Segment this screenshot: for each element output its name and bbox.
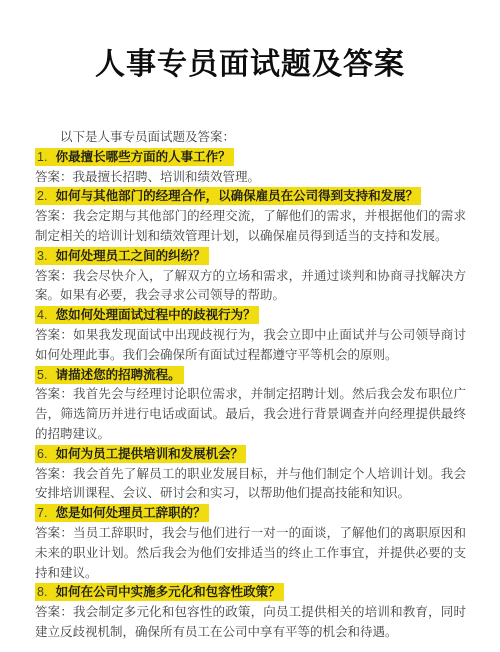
question-text: 您如何处理面试过程中的歧视行为？ — [56, 308, 256, 322]
qa-item-8: 8.如何在公司中实施多元化和包容性政策？ 答案：我会制定多元化和包容性的政策，向… — [35, 583, 466, 642]
question-text: 如何在公司中实施多元化和包容性政策？ — [56, 585, 281, 599]
highlighted-question: 6.如何为员工提供培训和发展机会？ — [35, 445, 246, 463]
question-text: 你最擅长哪些方面的人事工作？ — [56, 150, 231, 164]
answer-text: 答案：我会首先了解员工的职业发展目标，并与他们制定个人培训计划。我会安排培训课程… — [35, 465, 466, 505]
question-text: 如何为员工提供培训和发展机会？ — [56, 447, 244, 461]
question-text: 如何与其他部门的经理合作，以确保雇员在公司得到支持和发展？ — [56, 189, 419, 203]
question-number: 8. — [37, 585, 47, 599]
highlighted-question: 2.如何与其他部门的经理合作，以确保雇员在公司得到支持和发展？ — [35, 187, 421, 205]
question-line: 7.您是如何处理员工辞职的？ — [35, 504, 466, 524]
question-line: 5.请描述您的招聘流程。 — [35, 366, 466, 386]
qa-item-2: 2.如何与其他部门的经理合作，以确保雇员在公司得到支持和发展？ 答案：我会定期与… — [35, 187, 466, 246]
question-number: 5. — [37, 368, 47, 382]
question-line: 1.你最擅长哪些方面的人事工作？ — [35, 148, 466, 168]
qa-item-3: 3.如何处理员工之间的纠纷？ 答案：我会尽快介入，了解双方的立场和需求，并通过谈… — [35, 247, 466, 306]
answer-text: 答案：我会尽快介入，了解双方的立场和需求，并通过谈判和协商寻找解决方案。如果有必… — [35, 267, 466, 307]
question-text: 如何处理员工之间的纠纷？ — [56, 249, 206, 263]
question-number: 7. — [37, 506, 47, 520]
qa-item-5: 5.请描述您的招聘流程。 答案：我首先会与经理讨论职位需求，并制定招聘计划。然后… — [35, 366, 466, 445]
question-number: 2. — [37, 189, 47, 203]
question-text: 请描述您的招聘流程。 — [56, 368, 181, 382]
highlighted-question: 5.请描述您的招聘流程。 — [35, 366, 184, 384]
answer-text: 答案：我会制定多元化和包容性的政策，向员工提供相关的培训和教育，同时建立反歧视机… — [35, 603, 466, 643]
highlighted-question: 7.您是如何处理员工辞职的？ — [35, 504, 209, 522]
qa-item-1: 1.你最擅长哪些方面的人事工作？ 答案：我最擅长招聘、培训和绩效管理。 — [35, 148, 466, 188]
answer-text: 答案：我会定期与其他部门的经理交流，了解他们的需求，并根据他们的需求制定相关的培… — [35, 207, 466, 247]
question-number: 1. — [37, 150, 47, 164]
question-text: 您是如何处理员工辞职的？ — [56, 506, 206, 520]
highlighted-question: 8.如何在公司中实施多元化和包容性政策？ — [35, 583, 284, 601]
question-line: 3.如何处理员工之间的纠纷？ — [35, 247, 466, 267]
question-number: 3. — [37, 249, 47, 263]
document-page: 人事专员面试题及答案 以下是人事专员面试题及答案： 1.你最擅长哪些方面的人事工… — [0, 0, 500, 652]
qa-item-6: 6.如何为员工提供培训和发展机会？ 答案：我会首先了解员工的职业发展目标，并与他… — [35, 445, 466, 504]
page-title: 人事专员面试题及答案 — [0, 0, 500, 84]
answer-text: 答案：当员工辞职时，我会与他们进行一对一的面谈，了解他们的离职原因和未来的职业计… — [35, 524, 466, 583]
document-body: 以下是人事专员面试题及答案： 1.你最擅长哪些方面的人事工作？ 答案：我最擅长招… — [35, 128, 466, 643]
qa-item-4: 4.您如何处理面试过程中的歧视行为？ 答案：如果我发现面试中出现歧视行为，我会立… — [35, 306, 466, 365]
intro-line: 以下是人事专员面试题及答案： — [35, 128, 466, 148]
question-number: 6. — [37, 447, 47, 461]
question-line: 8.如何在公司中实施多元化和包容性政策？ — [35, 583, 466, 603]
answer-text: 答案：我首先会与经理讨论职位需求，并制定招聘计划。然后我会发布职位广告，筛选简历… — [35, 385, 466, 444]
highlighted-question: 4.您如何处理面试过程中的歧视行为？ — [35, 306, 259, 324]
answer-text: 答案：如果我发现面试中出现歧视行为，我会立即中止面试并与公司领导商讨如何处理此事… — [35, 326, 466, 366]
qa-item-7: 7.您是如何处理员工辞职的？ 答案：当员工辞职时，我会与他们进行一对一的面谈，了… — [35, 504, 466, 583]
question-line: 4.您如何处理面试过程中的歧视行为？ — [35, 306, 466, 326]
question-number: 4. — [37, 308, 47, 322]
highlighted-question: 1.你最擅长哪些方面的人事工作？ — [35, 148, 234, 166]
highlighted-question: 3.如何处理员工之间的纠纷？ — [35, 247, 209, 265]
question-line: 2.如何与其他部门的经理合作，以确保雇员在公司得到支持和发展？ — [35, 187, 466, 207]
answer-text: 答案：我最擅长招聘、培训和绩效管理。 — [35, 168, 466, 188]
question-line: 6.如何为员工提供培训和发展机会？ — [35, 445, 466, 465]
